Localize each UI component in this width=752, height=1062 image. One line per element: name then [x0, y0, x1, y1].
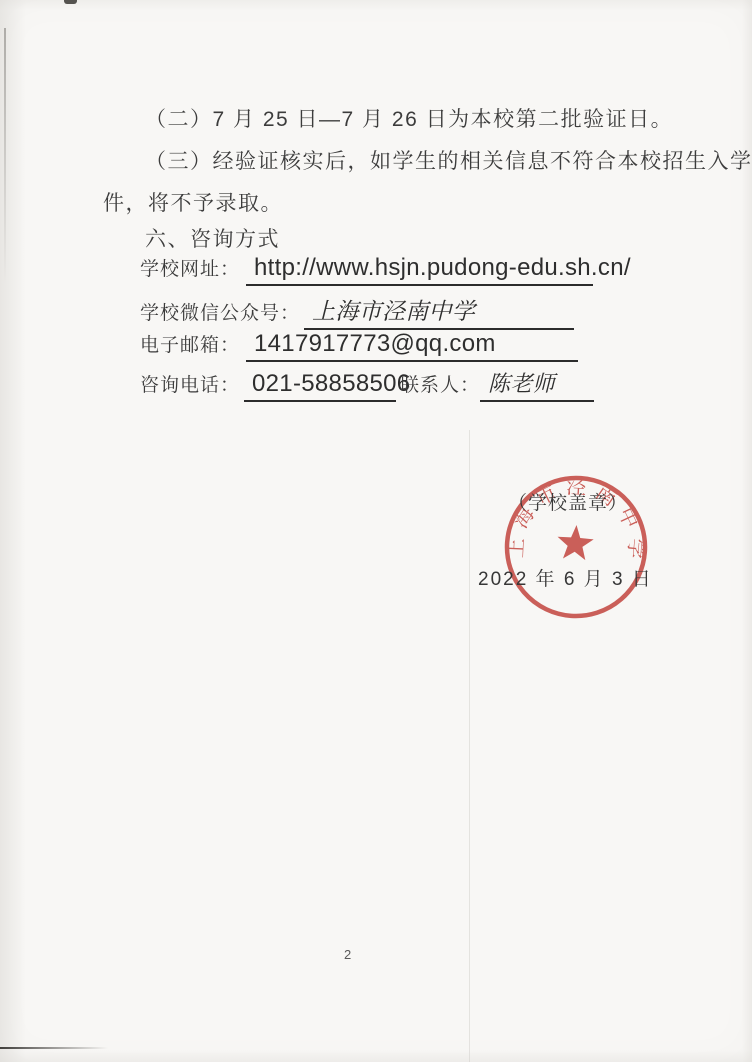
contact-row-phone: 咨询电话：021-58858506联系人：陈老师: [140, 367, 594, 402]
contact-row-website: 学校网址：http://www.hsjn.pudong-edu.sh.cn/: [140, 254, 593, 286]
wechat-value: 上海市泾南中学: [304, 293, 574, 330]
document-date: 2022 年 6 月 3 日: [478, 564, 653, 591]
contact-row-wechat: 学校微信公众号：上海市泾南中学: [140, 293, 574, 330]
wechat-label: 学校微信公众号：: [140, 298, 300, 325]
paragraph-item-3-line2: 件，将不予录取。: [103, 187, 283, 217]
seal-caption: （学校盖章）: [508, 488, 628, 515]
paper-fold-line: [469, 430, 470, 1062]
page-number: 2: [344, 947, 351, 962]
scan-edge-line: [4, 28, 6, 283]
paragraph-item-3-line1: （三）经验证核实后，如学生的相关信息不符合本校招生入学条: [145, 145, 752, 175]
email-label: 电子邮箱：: [140, 330, 240, 357]
contact-person-label: 联系人：: [400, 370, 480, 397]
website-label: 学校网址：: [140, 254, 240, 281]
scanned-document-page: （二）7 月 25 日—7 月 26 日为本校第二批验证日。 （三）经验证核实后…: [0, 0, 752, 1062]
scan-corner-mark: [64, 0, 77, 4]
website-value: http://www.hsjn.pudong-edu.sh.cn/: [246, 254, 593, 286]
contact-row-email: 电子邮箱：1417917773@qq.com: [140, 330, 578, 362]
seal-star-icon: [556, 524, 595, 561]
email-value: 1417917773@qq.com: [246, 330, 578, 362]
contact-person-value: 陈老师: [480, 367, 594, 402]
phone-label: 咨询电话：: [140, 370, 240, 397]
scan-bottom-mark: [0, 1047, 108, 1049]
paragraph-item-2: （二）7 月 25 日—7 月 26 日为本校第二批验证日。: [145, 103, 673, 133]
section-heading-consultation: 六、咨询方式: [145, 223, 280, 253]
phone-value: 021-58858506: [244, 370, 396, 402]
